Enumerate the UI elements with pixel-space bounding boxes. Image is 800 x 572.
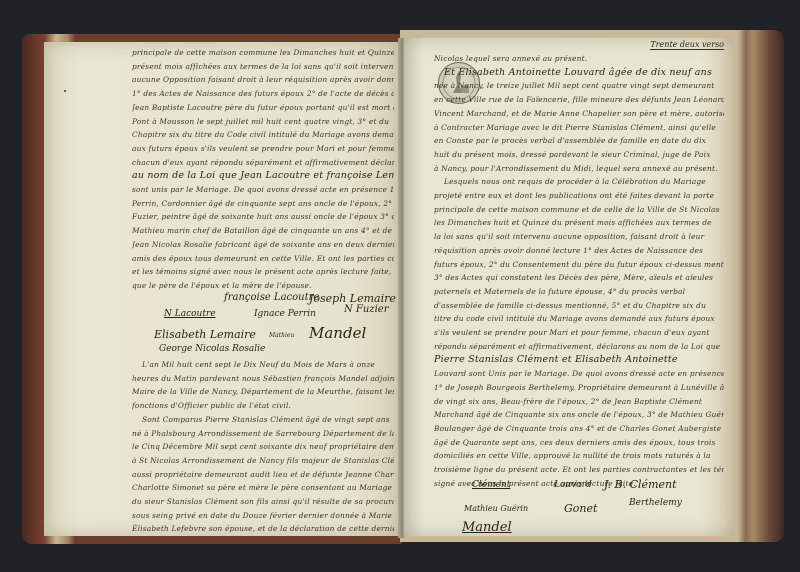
text-line: les Dimanches huit et Quinze du présent … <box>434 216 724 230</box>
text-line: 1° des Actes de Naissance des futurs épo… <box>132 87 394 101</box>
text-line: Perrin, Cordonnier âgé de cinquante sept… <box>132 197 394 211</box>
text-line: à Contracter Mariage avec le dit Pierre … <box>434 121 724 135</box>
text-line: en cette Ville rue de la Faïencerie, fil… <box>434 93 724 107</box>
text-line-names: Pierre Stanislas Clément et Elisabeth An… <box>434 353 724 367</box>
text-line: que le père de l'époux et la mère de l'é… <box>132 279 394 293</box>
text-line: à Nancy, pour l'Arrondissement du Midi, … <box>434 162 724 176</box>
folio-number: Trente deux verso <box>650 40 724 50</box>
signature: Mathieu Guérin <box>464 504 528 513</box>
text-line: sous seing privé en date du Douze févrie… <box>132 509 394 523</box>
text-line: répondu séparément et affirmativement, d… <box>434 340 724 354</box>
text-line: et les témoins signé avec nous le présen… <box>132 265 394 279</box>
text-line: Mathieu marin chef de Bataillon âgé de c… <box>132 224 394 238</box>
text-line: Maire de la Ville de Nancy, Département … <box>132 385 394 399</box>
text-line: à St Nicolas Arrondissement de Nancy fil… <box>132 454 394 468</box>
text-line: heures du Matin pardevant nous Sébastien… <box>132 372 394 386</box>
signature: Gonet <box>564 502 597 515</box>
register-book: principale de cette maison commune les D… <box>22 30 782 550</box>
signature: Mandel <box>309 324 366 342</box>
text-line: amis des époux tous demeurant en cette V… <box>132 252 394 266</box>
left-page-text: principale de cette maison commune les D… <box>132 46 394 293</box>
text-line: sont unis par le Mariage. De quoi avons … <box>132 183 394 197</box>
text-line: projeté entre eux et dont les publicatio… <box>434 189 724 203</box>
text-line: Pont à Mousson le sept juillet mil huit … <box>132 115 394 129</box>
text-line: paternels et Maternels de la future épou… <box>434 285 724 299</box>
text-line: Charlotte Simonet sa père et mère le pèr… <box>132 481 394 495</box>
signature: Clément <box>472 480 510 490</box>
signature: Louvard <box>554 480 592 490</box>
text-line: en Conste par le procès verbal d'assembl… <box>434 134 724 148</box>
signature: N Fuzier <box>344 304 388 315</box>
text-line: huit du présent mois, dressé pardevant l… <box>434 148 724 162</box>
text-line: troisième ligne du présent acte. Et ont … <box>434 463 724 477</box>
text-line: Louvard sont Unis par le Mariage. De quo… <box>434 367 724 381</box>
text-line: principale de cette maison commune les D… <box>132 46 394 60</box>
text-line: âgé de Quarante sept ans, ces deux derni… <box>434 436 724 450</box>
text-line: née à Nancy, le treize juillet Mil sept … <box>434 79 724 93</box>
text-line: titre du code civil intitulé du Mariage … <box>434 312 724 326</box>
text-line: Jean Nicolas Rosalie fabricant âgé de so… <box>132 238 394 252</box>
text-line: 3° des Actes qui constatent les Décès de… <box>434 271 724 285</box>
text-line: Élisabeth Lefebvre son épouse, et de la … <box>132 522 394 536</box>
text-line-names: au nom de la Loi que Jean Lacoutre et fr… <box>132 169 394 183</box>
signature: Ignace Perrin <box>254 309 316 319</box>
text-line: principale de cette maison commune et de… <box>434 203 724 217</box>
signatures-entry-2: Clément Louvard J. B. Clément Mathieu Gu… <box>404 478 734 536</box>
text-line: Chapitre six du titre du Code civil inti… <box>132 128 394 142</box>
text-line: L'an Mil huit cent sept le Dix Neuf du M… <box>132 358 394 372</box>
text-line: aucune Opposition faisant droit à leur r… <box>132 73 394 87</box>
text-line: Nicolas lequel sera annexé au présent. <box>434 52 724 66</box>
text-line: domiciliés en cette Ville, approuvé la n… <box>434 449 724 463</box>
signature: françoise Lacoutre <box>224 292 319 303</box>
signature: Mathieu <box>269 332 294 339</box>
text-line: Marchand âgé de Cinquante six ans oncle … <box>434 408 724 422</box>
left-page: principale de cette maison commune les D… <box>44 42 400 536</box>
text-line: né à Phalsbourg Arrondissement de Sarreb… <box>132 427 394 441</box>
text-line: Boulanger âgé de Cinquante trois ans 4° … <box>434 422 724 436</box>
left-page-entry-2: L'an Mil huit cent sept le Dix Neuf du M… <box>132 358 394 536</box>
text-line: réquisition après avoir donné lecture 1°… <box>434 244 724 258</box>
text-line: Lesquels nous ont requis de procéder à l… <box>434 175 724 189</box>
signature: Mandel <box>462 520 512 535</box>
text-line: aussi propriétaire demeurant audit lieu … <box>132 468 394 482</box>
signature: J. B. Clément <box>604 478 677 491</box>
text-line: fonctions d'Officier public de l'état ci… <box>132 399 394 413</box>
right-page: Trente deux verso Nicolas lequel sera an… <box>404 38 734 536</box>
text-line: Fuzier, peintre âgé de soixante huit ans… <box>132 210 394 224</box>
text-line: Jean Baptiste Lacoutre père du futur épo… <box>132 101 394 115</box>
text-line: présent mois affichées aux termes de la … <box>132 60 394 74</box>
text-line: du sieur Stanislas Clément son fils ains… <box>132 495 394 509</box>
text-line: Sont Comparus Pierre Stanislas Clément â… <box>132 413 394 427</box>
ink-mark <box>64 90 66 92</box>
text-line: aux futurs époux s'ils veulent se prendr… <box>132 142 394 156</box>
text-line: d'assemblée de famille ci-dessus mention… <box>434 299 724 313</box>
signature: N Lacoutre <box>164 309 216 319</box>
signature: Elisabeth Lemaire <box>154 328 256 341</box>
text-line: de vingt six ans, Beau-frère de l'époux,… <box>434 395 724 409</box>
text-line: Vincent Marchand, et de Marie Anne Chape… <box>434 107 724 121</box>
text-line: la loi sans qu'il soit intervenu aucune … <box>434 230 724 244</box>
text-line: chacun d'eux ayant répondu séparément et… <box>132 156 394 170</box>
text-line: s'ils veulent se prendre pour Mari et po… <box>434 326 724 340</box>
signature: George Nicolas Rosalie <box>159 344 265 354</box>
text-line: futurs époux, 2° du Consentement du père… <box>434 258 724 272</box>
right-page-text: Nicolas lequel sera annexé au présent. E… <box>434 52 724 491</box>
signature: Berthelemy <box>629 498 682 508</box>
text-line: 1° de Joseph Bourgeois Berthelemy, Propr… <box>434 381 724 395</box>
text-line: le Cinq Décembre Mil sept cent soixante … <box>132 440 394 454</box>
text-line-bride: Et Elisabeth Antoinette Louvard âgée de … <box>434 66 724 80</box>
